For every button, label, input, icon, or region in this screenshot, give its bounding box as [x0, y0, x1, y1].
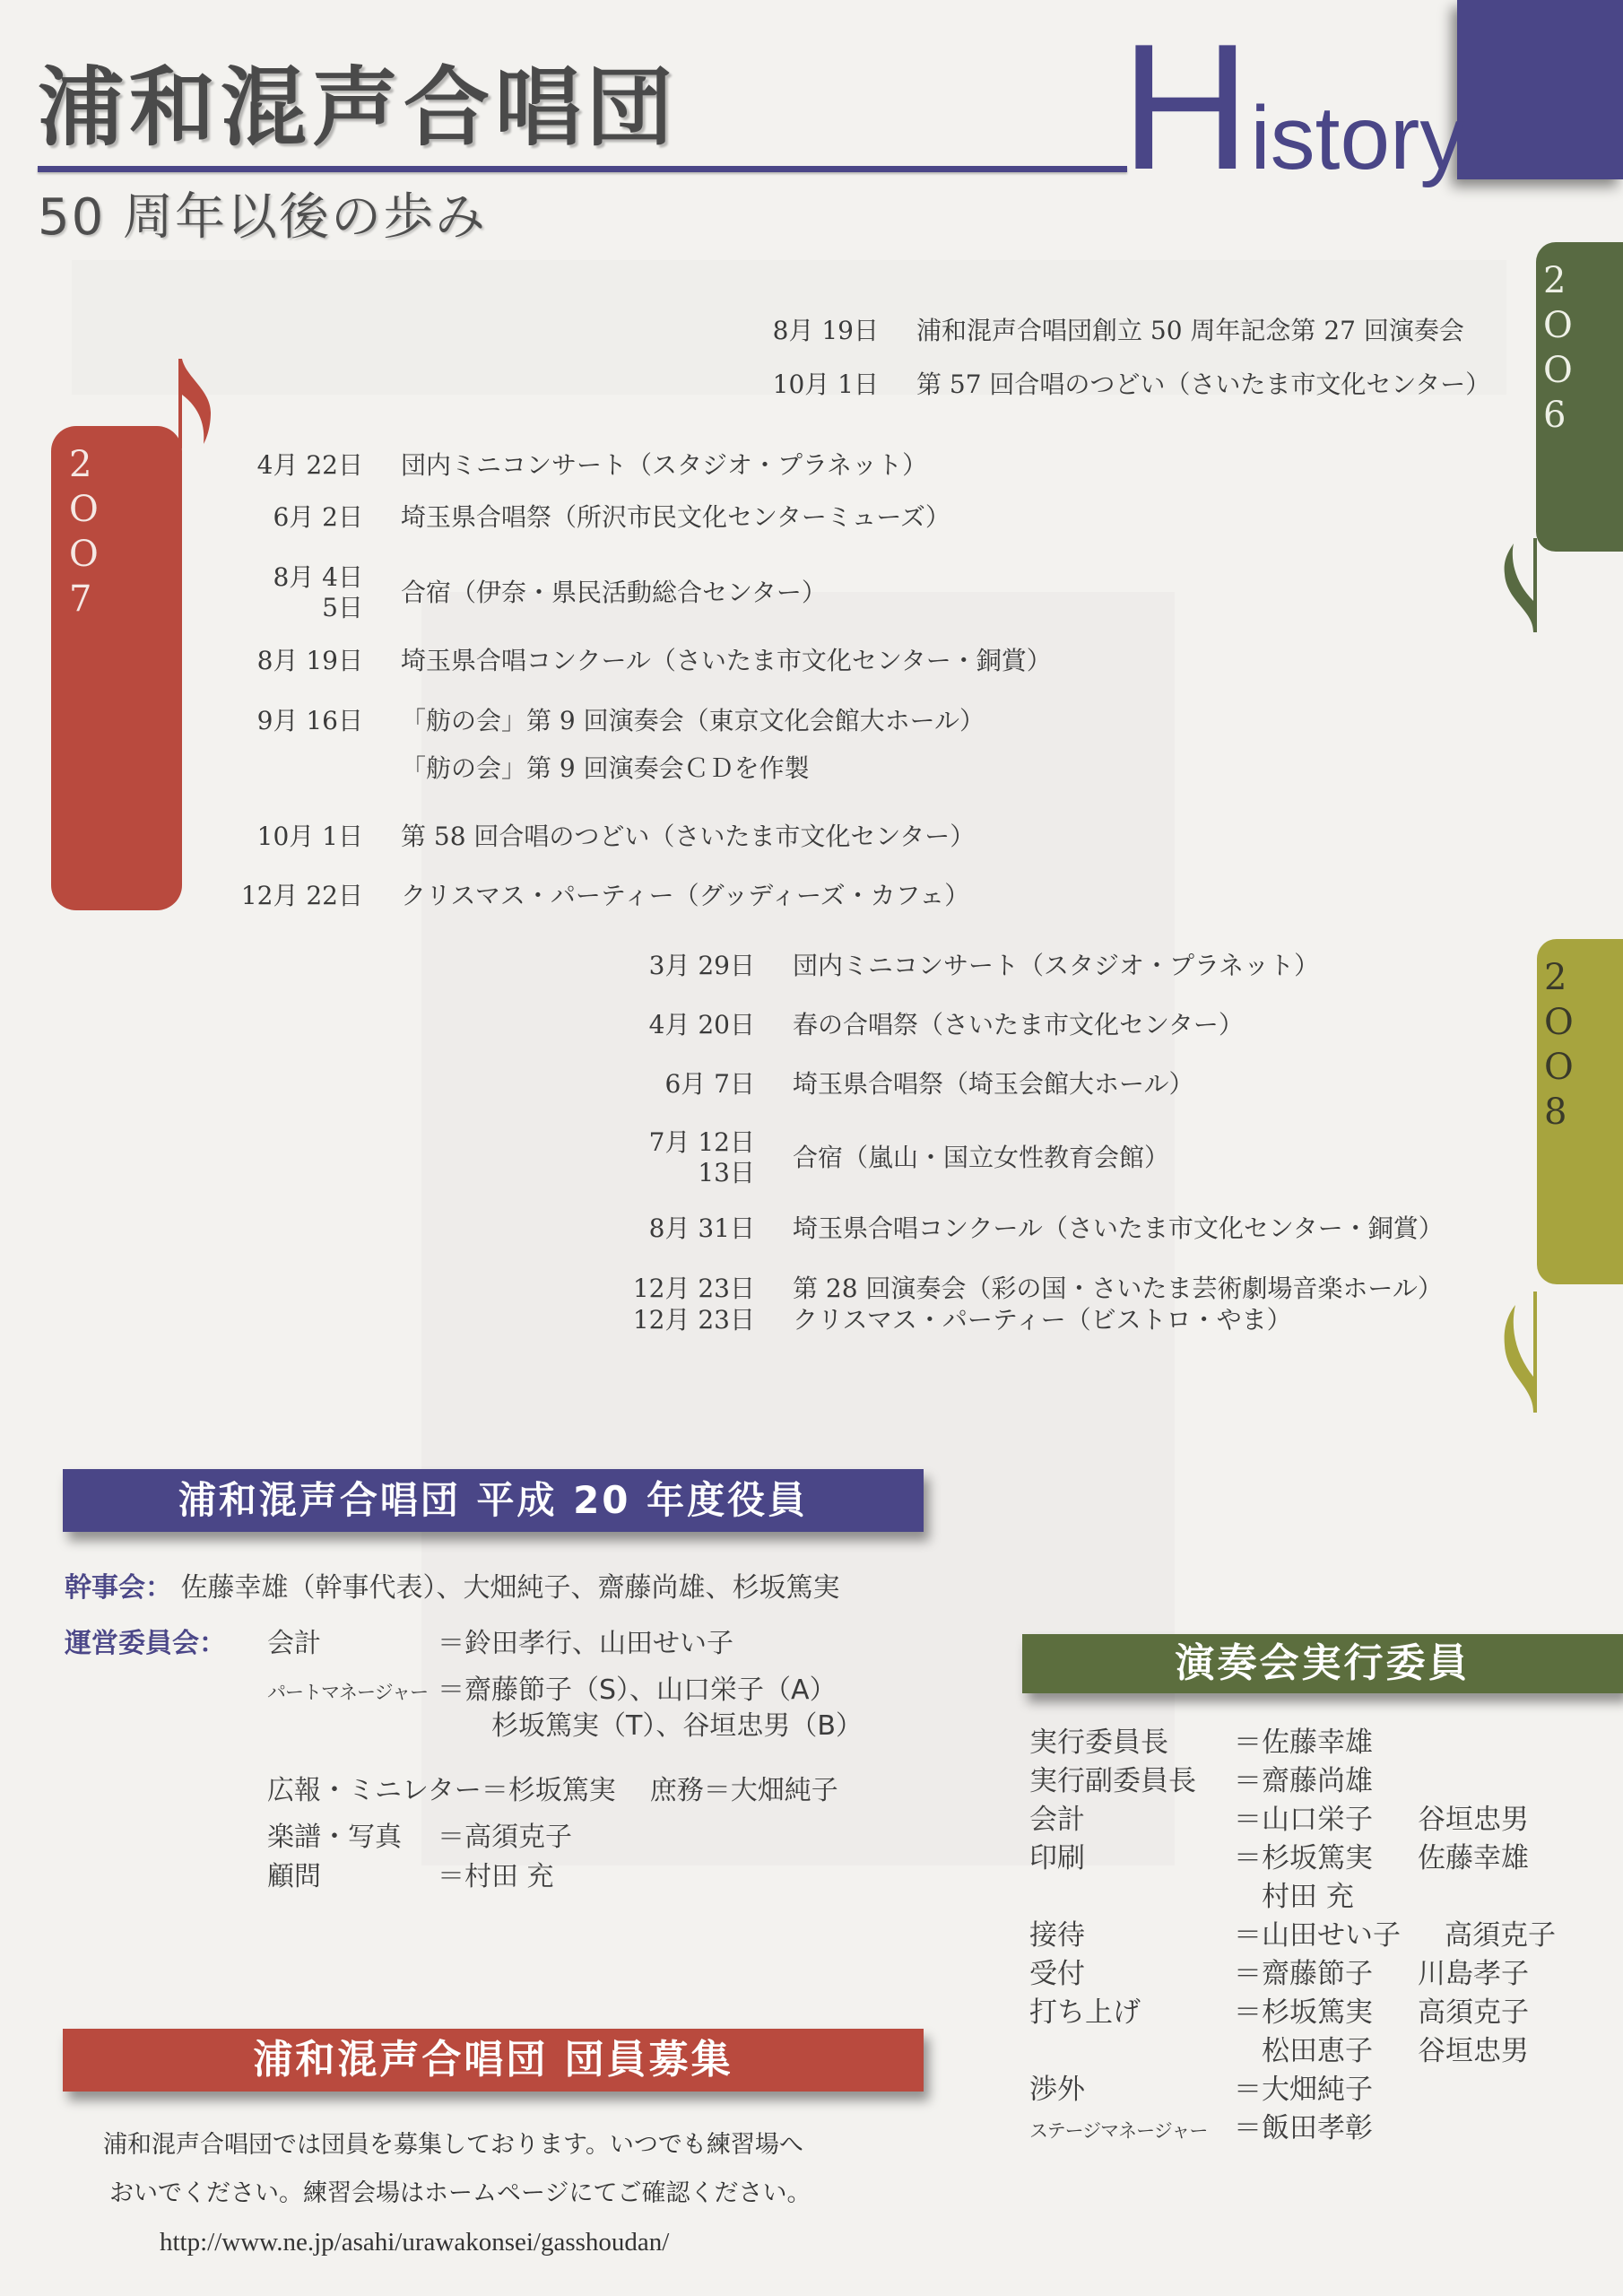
title-underline: [38, 166, 1127, 172]
page-subtitle: 50 周年以後の歩み: [38, 193, 487, 243]
committee-names: ＝齋藤節子: [1234, 1955, 1418, 1994]
officer-row: パートマネージャー＝齋藤節子（S）、山口栄子（A）: [267, 1677, 837, 1704]
timeline-event-2008: 6月 7日 埼玉県合唱祭（埼玉会館大ホール）: [565, 1069, 1193, 1100]
committee-names: 川島孝子: [1418, 1958, 1529, 1990]
event-date: 12月 23日: [565, 1274, 755, 1304]
year-digit: 2: [1544, 955, 1567, 1000]
event-date: 4月 22日: [179, 450, 363, 481]
committee-role: 打ち上げ: [1029, 1994, 1234, 2032]
committee-row: 印刷＝杉坂篤実佐藤幸雄: [1029, 1839, 1556, 1878]
committee-role: ステージマネージャー: [1029, 2112, 1234, 2151]
recruit-text-line2: おいでください。練習会場はホームページにてご確認ください。: [109, 2181, 811, 2205]
committee-row: 実行委員長＝佐藤幸雄: [1029, 1724, 1556, 1762]
committee-names: 高須克子: [1418, 1996, 1529, 2029]
officer-row: 顧問＝村田 充: [267, 1864, 554, 1891]
timeline-event-2007: 9月 16日 「舫の会」第 9 回演奏会（東京文化会館大ホール）: [179, 706, 985, 736]
year-tab-2007: 2 O O 7: [51, 426, 182, 910]
event-description: 埼玉県合唱コンクール（さいたま市文化センター・銅賞）: [793, 1213, 1444, 1244]
kanjikai-value: 佐藤幸雄（幹事代表）、大畑純子、齋藤尚雄、杉坂篤実: [181, 1572, 840, 1604]
timeline-event-2007: 10月 1日 第 58 回合唱のつどい（さいたま市文化センター）: [179, 822, 975, 852]
timeline-event-2007: 6月 2日 埼玉県合唱祭（所沢市民文化センターミューズ）: [179, 502, 950, 533]
officer-value: ＝村田 充: [438, 1861, 554, 1892]
event-date: 8月 19日: [179, 646, 363, 676]
history-wordmark: History: [1121, 18, 1464, 197]
year-digit: 6: [1543, 393, 1566, 438]
timeline-event-2008: 3月 29日 団内ミニコンサート（スタジオ・プラネット）: [565, 951, 1319, 981]
officer-role: 会計: [267, 1631, 438, 1657]
timeline-event-2007: 4月 22日 団内ミニコンサート（スタジオ・プラネット）: [179, 450, 927, 481]
year-digit: O: [1544, 1045, 1574, 1090]
committee-role: 会計: [1029, 1801, 1234, 1839]
year-digit: O: [1543, 303, 1573, 348]
committee-names: 松田恵子: [1234, 2032, 1418, 2071]
event-date: 12月 22日: [179, 881, 363, 911]
music-note-flag-icon: [1497, 1291, 1542, 1417]
event-description: 「舫の会」第 9 回演奏会（東京文化会館大ホール）: [401, 706, 985, 736]
event-description: 春の合唱祭（さいたま市文化センター）: [793, 1010, 1244, 1040]
officer-extra: 庶務＝大畑純子: [650, 1775, 838, 1806]
committee-names: ＝飯田孝彰: [1234, 2109, 1418, 2148]
timeline-event-2007: 12月 22日 クリスマス・パーティー（グッディーズ・カフェ）: [179, 881, 969, 911]
year-digit: O: [69, 532, 99, 577]
event-description: クリスマス・パーティー（グッディーズ・カフェ）: [401, 881, 969, 911]
music-note-flag-icon: [175, 359, 220, 448]
event-date: 8月 19日: [699, 316, 879, 346]
officer-row: 楽譜・写真＝高須克子: [267, 1824, 572, 1851]
year-digit: 2: [1543, 258, 1566, 303]
committee-row: 受付＝齋藤節子川島孝子: [1029, 1955, 1556, 1994]
music-note-flag-icon: [1497, 538, 1542, 637]
committee-names: ＝齋藤尚雄: [1234, 1762, 1418, 1801]
event-description: 第 57 回合唱のつどい（さいたま市文化センター）: [916, 370, 1490, 400]
committee-row: 打ち上げ＝杉坂篤実高須克子: [1029, 1994, 1556, 2032]
event-date: 6月 7日: [565, 1069, 755, 1100]
recruit-url-link[interactable]: http://www.ne.jp/asahi/urawakonsei/gassh…: [160, 2230, 669, 2256]
event-description: 第 58 回合唱のつどい（さいたま市文化センター）: [401, 822, 975, 852]
committee-row: 接待＝山田せい子高須克子: [1029, 1917, 1556, 1955]
event-description: クリスマス・パーティー（ビストロ・やま）: [793, 1305, 1292, 1335]
event-description: 埼玉県合唱祭（埼玉会館大ホール）: [793, 1069, 1193, 1100]
officers-heading: 浦和混声合唱団 平成 20 年度役員: [63, 1469, 924, 1532]
committee-role: 実行委員長: [1029, 1724, 1234, 1762]
event-date: 10月 1日: [699, 370, 879, 400]
event-date: 7月 12日 13日: [565, 1127, 755, 1188]
year-digit: O: [1543, 348, 1573, 393]
year-digit: 8: [1544, 1090, 1567, 1135]
committee-row: ステージマネージャー＝飯田孝彰: [1029, 2109, 1556, 2151]
officer-row-continued: 杉坂篤実（T）、谷垣忠男（B）: [491, 1713, 863, 1740]
kanjikai-row: 幹事会： 佐藤幸雄（幹事代表）、大畑純子、齋藤尚雄、杉坂篤実: [65, 1575, 840, 1602]
timeline-event-2008: 8月 31日 埼玉県合唱コンクール（さいたま市文化センター・銅賞）: [565, 1213, 1444, 1244]
history-cap: H: [1121, 7, 1250, 207]
timeline-event-2008: 7月 12日 13日 合宿（嵐山・国立女性教育会館）: [565, 1127, 1169, 1188]
committee-names: ＝山田せい子: [1234, 1917, 1445, 1955]
event-date: 12月 23日: [565, 1305, 755, 1335]
corner-color-block: [1457, 0, 1623, 179]
committee-names: 谷垣忠男: [1418, 2035, 1529, 2067]
timeline-event-2007: 「舫の会」第 9 回演奏会ＣＤを作製: [179, 753, 810, 784]
event-description: 団内ミニコンサート（スタジオ・プラネット）: [401, 450, 927, 481]
officer-role: 顧問: [267, 1864, 438, 1891]
officer-value: ＝齋藤節子（S）、山口栄子（A）: [438, 1674, 837, 1706]
concert-committee-list: 実行委員長＝佐藤幸雄 実行副委員長＝齋藤尚雄 会計＝山口栄子谷垣忠男 印刷＝杉坂…: [1029, 1724, 1556, 2151]
year-tab-2006: 2 O O 6: [1536, 242, 1623, 552]
committee-names: 谷垣忠男: [1418, 1804, 1529, 1836]
event-description: 埼玉県合唱コンクール（さいたま市文化センター・銅賞）: [401, 646, 1052, 676]
year-digit: O: [1544, 1000, 1574, 1045]
event-description: 団内ミニコンサート（スタジオ・プラネット）: [793, 951, 1319, 981]
committee-names: 高須克子: [1445, 1919, 1556, 1952]
officer-role: 広報・ミニレター: [267, 1775, 482, 1806]
timeline-event-2007: 8月 4日 5日 合宿（伊奈・県民活動総合センター）: [179, 562, 827, 623]
event-date: 8月 31日: [565, 1213, 755, 1244]
committee-names: ＝佐藤幸雄: [1234, 1724, 1418, 1762]
timeline-event-2007: 8月 19日 埼玉県合唱コンクール（さいたま市文化センター・銅賞）: [179, 646, 1052, 676]
committee-role: 接待: [1029, 1917, 1234, 1955]
committee-role: 印刷: [1029, 1839, 1234, 1878]
history-rest: istory: [1250, 88, 1464, 188]
event-description: 第 28 回演奏会（彩の国・さいたま芸術劇場音楽ホール）: [793, 1274, 1443, 1304]
committee-row: 村田 充: [1029, 1878, 1556, 1917]
officer-role: 楽譜・写真: [267, 1824, 438, 1851]
year-digit: O: [69, 487, 99, 532]
officer-value: ＝杉坂篤実: [482, 1775, 616, 1806]
officer-value: ＝鈴田孝行、山田せい子: [438, 1628, 733, 1659]
event-date: 6月 2日: [179, 502, 363, 533]
committee-names: ＝杉坂篤実: [1234, 1994, 1418, 2032]
committee-row: 松田恵子谷垣忠男: [1029, 2032, 1556, 2071]
year-tab-2008: 2 O O 8: [1537, 939, 1623, 1284]
officer-row: 広報・ミニレター＝杉坂篤実庶務＝大畑純子: [267, 1778, 838, 1805]
event-description: 埼玉県合唱祭（所沢市民文化センターミューズ）: [401, 502, 950, 533]
event-description: 合宿（嵐山・国立女性教育会館）: [793, 1143, 1169, 1173]
event-date: 3月 29日: [565, 951, 755, 981]
committee-role: 渉外: [1029, 2071, 1234, 2109]
committee-row: 会計＝山口栄子谷垣忠男: [1029, 1801, 1556, 1839]
committee-names: 村田 充: [1234, 1878, 1418, 1917]
event-date: [179, 753, 363, 784]
officer-role: パートマネージャー: [267, 1683, 438, 1702]
event-date: 8月 4日 5日: [179, 562, 363, 623]
committee-role: 実行副委員長: [1029, 1762, 1234, 1801]
unei-label: 運営委員会：: [65, 1631, 226, 1657]
event-date: 10月 1日: [179, 822, 363, 852]
officer-value: 杉坂篤実（T）、谷垣忠男（B）: [491, 1710, 863, 1742]
event-description: 合宿（伊奈・県民活動総合センター）: [401, 578, 827, 608]
committee-row: 実行副委員長＝齋藤尚雄: [1029, 1762, 1556, 1801]
event-description: 「舫の会」第 9 回演奏会ＣＤを作製: [401, 753, 810, 784]
officer-row: 会計＝鈴田孝行、山田せい子: [267, 1631, 733, 1657]
timeline-event-2006: 10月 1日 第 57 回合唱のつどい（さいたま市文化センター）: [699, 370, 1490, 400]
event-date: 9月 16日: [179, 706, 363, 736]
year-digit: 7: [69, 577, 91, 622]
concert-committee-heading: 演奏会実行委員: [1022, 1634, 1623, 1693]
timeline-event-2008: 4月 20日 春の合唱祭（さいたま市文化センター）: [565, 1010, 1244, 1040]
event-date: 4月 20日: [565, 1010, 755, 1040]
committee-row: 渉外＝大畑純子: [1029, 2071, 1556, 2109]
recruit-heading: 浦和混声合唱団 団員募集: [63, 2029, 924, 2092]
recruit-text-line1: 浦和混声合唱団では団員を募集しております。いつでも練習場へ: [103, 2133, 803, 2157]
timeline-event-2008: 12月 23日 第 28 回演奏会（彩の国・さいたま芸術劇場音楽ホール）: [565, 1274, 1443, 1304]
committee-names: ＝杉坂篤実: [1234, 1839, 1418, 1878]
committee-names: ＝山口栄子: [1234, 1801, 1418, 1839]
year-digit: 2: [69, 442, 91, 487]
committee-names: ＝大畑純子: [1234, 2071, 1418, 2109]
event-description: 浦和混声合唱団創立 50 周年記念第 27 回演奏会: [916, 316, 1464, 346]
committee-role: 受付: [1029, 1955, 1234, 1994]
timeline-event-2008: 12月 23日 クリスマス・パーティー（ビストロ・やま）: [565, 1305, 1292, 1335]
page-title: 浦和混声合唱団: [38, 65, 678, 151]
timeline-event-2006: 8月 19日 浦和混声合唱団創立 50 周年記念第 27 回演奏会: [699, 316, 1464, 346]
officer-value: ＝高須克子: [438, 1822, 572, 1853]
committee-names: 佐藤幸雄: [1418, 1842, 1529, 1874]
kanjikai-label: 幹事会：: [65, 1572, 172, 1604]
